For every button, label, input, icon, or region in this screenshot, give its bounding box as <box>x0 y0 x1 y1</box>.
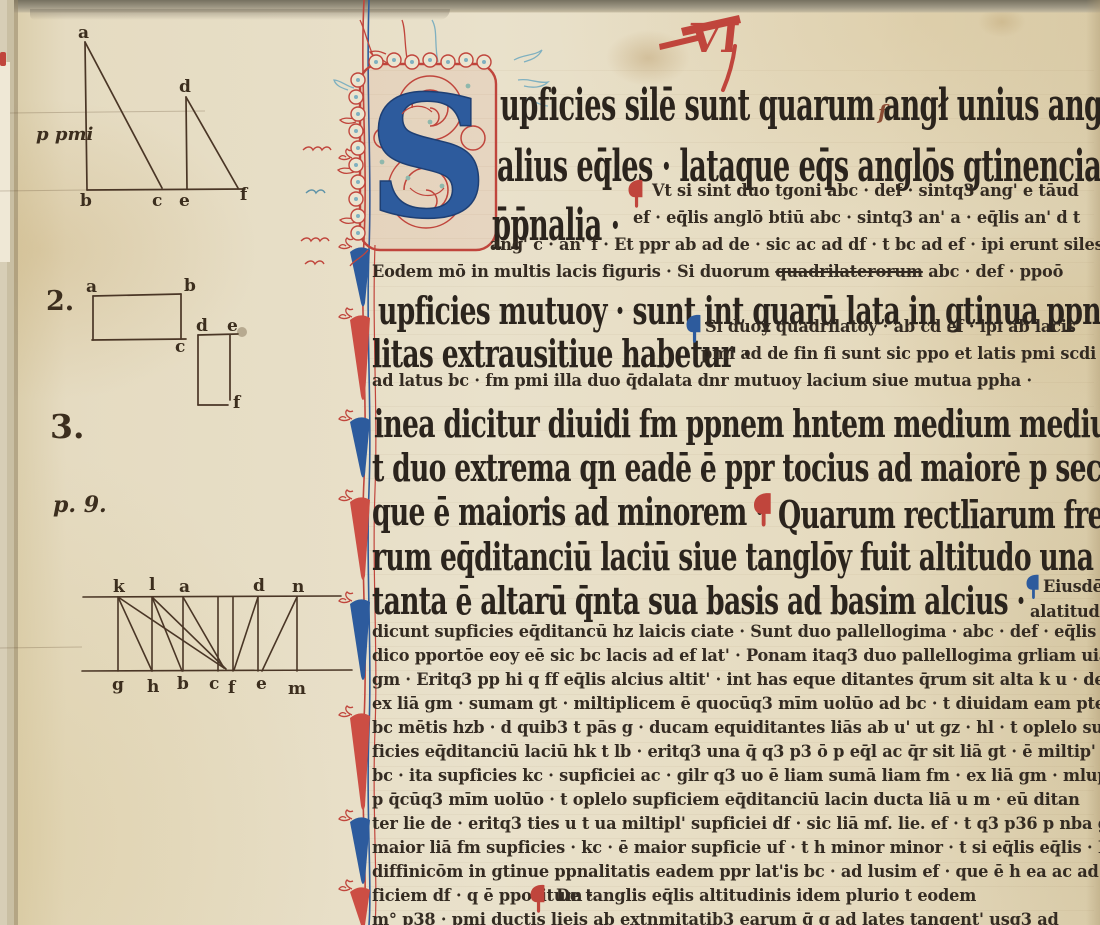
def4-line2: rum eq̄ditanciū laciū siue tanglōy fuit … <box>372 534 1093 579</box>
fig2-label-f: f <box>233 393 242 413</box>
fig1-label-c: c <box>152 191 162 211</box>
def1-gloss-3: ang' c · an' f · Et ppr ab ad de · sic a… <box>490 235 1100 255</box>
commentary-line-9: ter lie de · eritq3 ties u t ua miltipl'… <box>372 814 1100 834</box>
fig3-bot-e: e <box>256 674 267 694</box>
paraph-red-icon <box>753 492 773 528</box>
margin-figures: a b c e f d p pmi 2. a b c d e f <box>0 0 360 925</box>
def1-line1: upficies silē sunt quarum angł unius ang… <box>500 80 1100 131</box>
fig2-label-c: c <box>175 337 185 357</box>
fig1-marginal-note: p pmi <box>36 124 93 145</box>
commentary-line-2: dico pportōe eoy eē sic bc lacis ad ef l… <box>372 646 1100 666</box>
figure-parallels <box>82 596 352 671</box>
fig3-bot-m: m <box>288 679 306 699</box>
def4-gloss-note: alatitudinis <box>1030 602 1100 622</box>
fig3-top-a: a <box>179 577 190 597</box>
gloss-4-struck-word: quadrilaterorum <box>775 262 923 282</box>
commentary-line-5: bc mētis hzb · d quib3 t pās g · ducam e… <box>372 718 1100 738</box>
figure-3-labels: k l a d n g h b c f e m <box>112 575 306 699</box>
def4-line3: tanta ē altarū q̄nta sua basis ad basim … <box>372 578 1025 623</box>
def3-line2: t duo extrema qn eadē ē ppr tocius ad ma… <box>372 445 1100 490</box>
initial-letter-S: S <box>367 58 488 256</box>
commentary-line-11: diffinicōm in gtinue ppnalitatis eadem p… <box>372 862 1099 882</box>
commentary-line-1: dicunt supficies eq̄ditancū hz laicis ci… <box>372 622 1100 642</box>
commentary-line-12b: De tanglis eq̄lis altitudinis idem pluri… <box>556 886 976 906</box>
commentary-line-10: maior liā fm supficies · kc · ē maior su… <box>372 838 1100 858</box>
fig2-number: 2. <box>46 286 74 317</box>
faint-guides <box>0 111 205 648</box>
figure-rectangles <box>92 294 238 405</box>
fig3-bot-g: g <box>112 675 124 695</box>
margin-note-p9: p. 9. <box>53 492 107 518</box>
fig1-label-f: f <box>240 185 249 205</box>
fig2-label-b: b <box>184 276 196 296</box>
ink-smudge <box>237 327 247 337</box>
fig2-label-e: e <box>227 316 238 336</box>
fig3-top-n: n <box>292 577 304 597</box>
commentary-line-7: bc · ita supficies kc · supficiei ac · g… <box>372 766 1100 786</box>
def1-gloss-4: Eodem mō in multis lacis figuris · Si du… <box>372 262 1063 282</box>
fig1-label-a: a <box>78 23 89 43</box>
figure-1-labels: a b c e f d p pmi <box>36 23 249 211</box>
def2-gloss-3: ad latus bc · fm pmi illa duo q̄dalata d… <box>372 371 1032 391</box>
paraph-blue-icon <box>1026 574 1040 600</box>
fig2-label-a: a <box>86 277 97 297</box>
commentary-line-3: gm · Eritq3 pp hi q ff eq̄lis alcius alt… <box>372 670 1100 690</box>
def1-gloss-1: Vt si sint duo tgoni abc · def · sintq3 … <box>652 181 1079 201</box>
fig3-bot-h: h <box>147 677 159 697</box>
fig1-label-b: b <box>80 191 92 211</box>
margin-number-three: 3. <box>50 407 84 446</box>
fig1-label-d: d <box>179 77 191 97</box>
commentary-line-13: m° p38 · pmi ductis lieis ab extnmitatib… <box>372 910 1059 925</box>
manuscript-page: a b c e f d p pmi 2. a b c d e f <box>0 0 1100 925</box>
paraph-red-icon <box>628 179 644 209</box>
figure-similar-triangles <box>85 42 245 190</box>
def3-line3: que ē maioris ad minorem · <box>372 489 764 534</box>
figure-2-labels: 2. a b c d e f <box>46 276 242 413</box>
gloss-4-end: abc · def · ppoō <box>928 262 1063 282</box>
def1-gloss-2: ef · eq̄lis anglō btiū abc · sintq3 an' … <box>633 208 1080 228</box>
commentary-line-8: p q̄cūq3 mīm uolūo · t oplelo supficiem … <box>372 790 1080 810</box>
bar-segments <box>350 247 370 925</box>
gloss-4-start: Eodem mō in multis lacis figuris · Si du… <box>372 262 770 282</box>
fig3-bot-b: b <box>177 674 189 694</box>
fig3-top-l: l <box>149 575 156 595</box>
paraph-blue-icon <box>686 314 702 344</box>
def2-gloss-1: Si duoy quadrilatoy · ab cd ef · ipi ab … <box>705 317 1076 337</box>
commentary-line-4: ex liā gm · sumam gt · miltiplicem ē quo… <box>372 694 1100 714</box>
fig1-label-e: e <box>179 191 190 211</box>
fig3-bot-f: f <box>228 678 237 698</box>
def4-line1: Quarum rectlīarum fre <box>778 492 1100 537</box>
fig2-label-d: d <box>196 316 208 336</box>
fig3-top-d: d <box>253 576 265 596</box>
def2-gloss-2: pmi ad de fin fi sunt sic ppo et latis p… <box>701 344 1096 364</box>
fig3-bot-c: c <box>209 674 219 694</box>
commentary-line-6: ficies eq̄ditanciū laciū hk t lb · eritq… <box>372 742 1100 762</box>
fig3-top-k: k <box>113 577 126 597</box>
def4-gloss-marker: Eiusdē <box>1043 577 1100 597</box>
def3-line1: inea dicitur diuidi fm ppnem hntem mediu… <box>374 401 1100 446</box>
